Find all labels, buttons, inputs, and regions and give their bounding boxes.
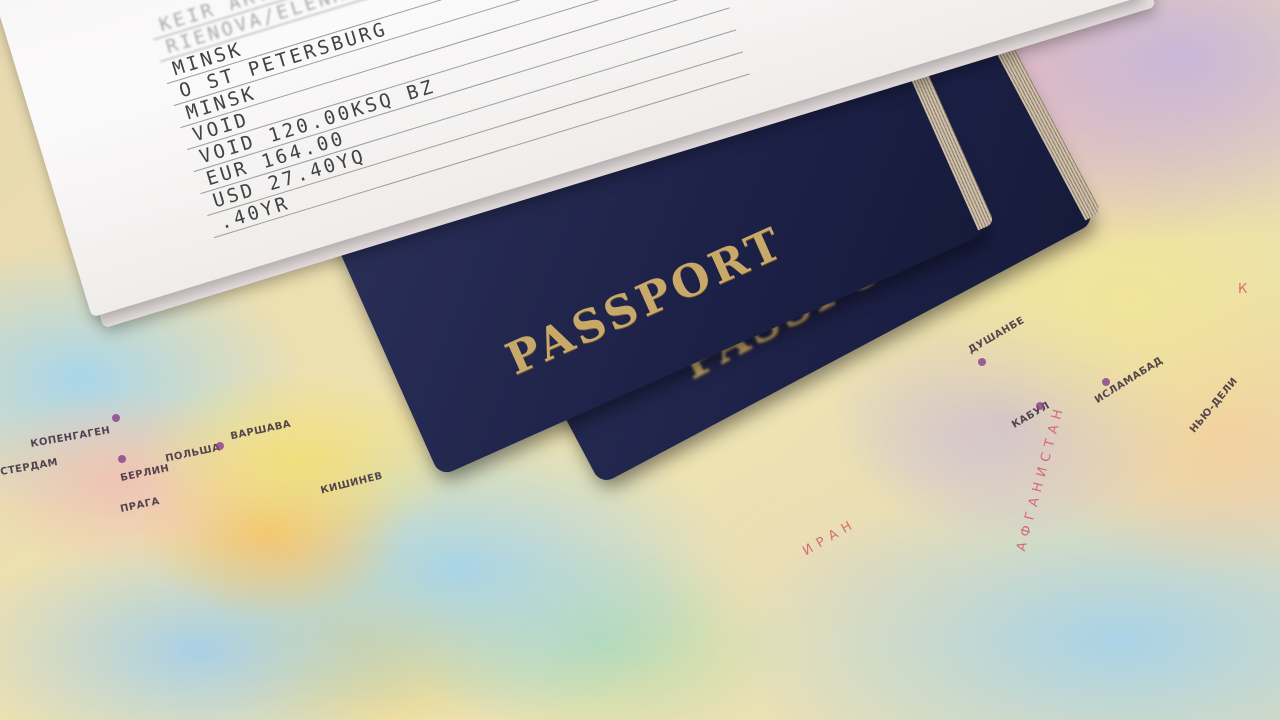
city-dot xyxy=(112,414,120,422)
map-country-iran: ИРАН xyxy=(800,516,860,559)
map-country-k: К xyxy=(1238,282,1253,297)
map-label-warsaw: ВАРШАВА xyxy=(230,419,293,443)
map-label-prague: ПРАГА xyxy=(119,496,160,515)
city-dot xyxy=(1036,402,1044,410)
map-label-amsterdam: СТЕРДАМ xyxy=(0,457,59,478)
map-label-kabul: КАБУЛ xyxy=(1010,400,1052,431)
map-label-new-delhi: НЬЮ-ДЕЛИ xyxy=(1188,376,1240,435)
city-dot xyxy=(978,358,986,366)
city-dot xyxy=(216,442,224,450)
map-label-berlin: БЕРЛИН xyxy=(119,463,170,484)
map-label-chisinau: КИШИНЕВ xyxy=(320,470,384,496)
city-dot xyxy=(1102,378,1110,386)
map-label-poland: ПОЛЬША xyxy=(164,442,221,464)
map-label-copenhagen: КОПЕНГАГЕН xyxy=(30,425,112,450)
city-dot xyxy=(118,455,126,463)
map-label-dushanbe: ДУШАНБЕ xyxy=(966,315,1026,356)
photo-scene: КОПЕНГАГЕН ВАРШАВА БЕРЛИН СТЕРДАМ ПОЛЬША… xyxy=(0,0,1280,720)
